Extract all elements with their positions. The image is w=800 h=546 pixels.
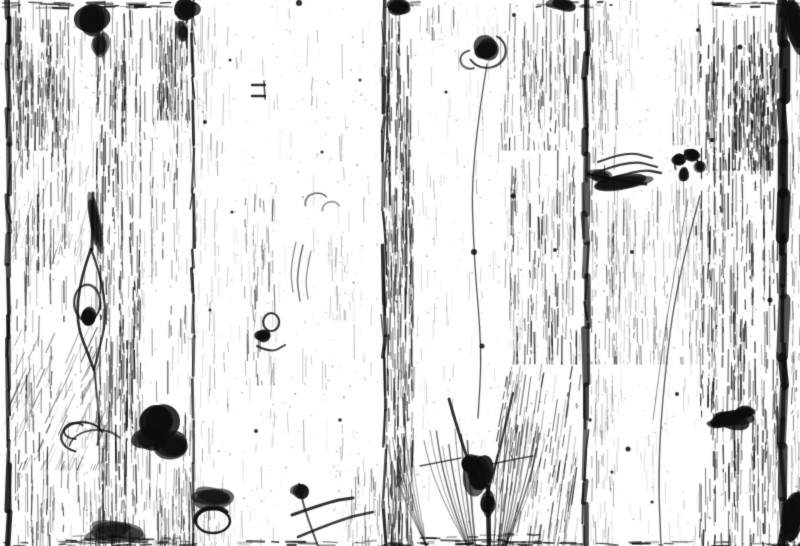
wood-grain-texture-canvas <box>0 0 800 546</box>
wood-texture-image <box>0 0 800 546</box>
